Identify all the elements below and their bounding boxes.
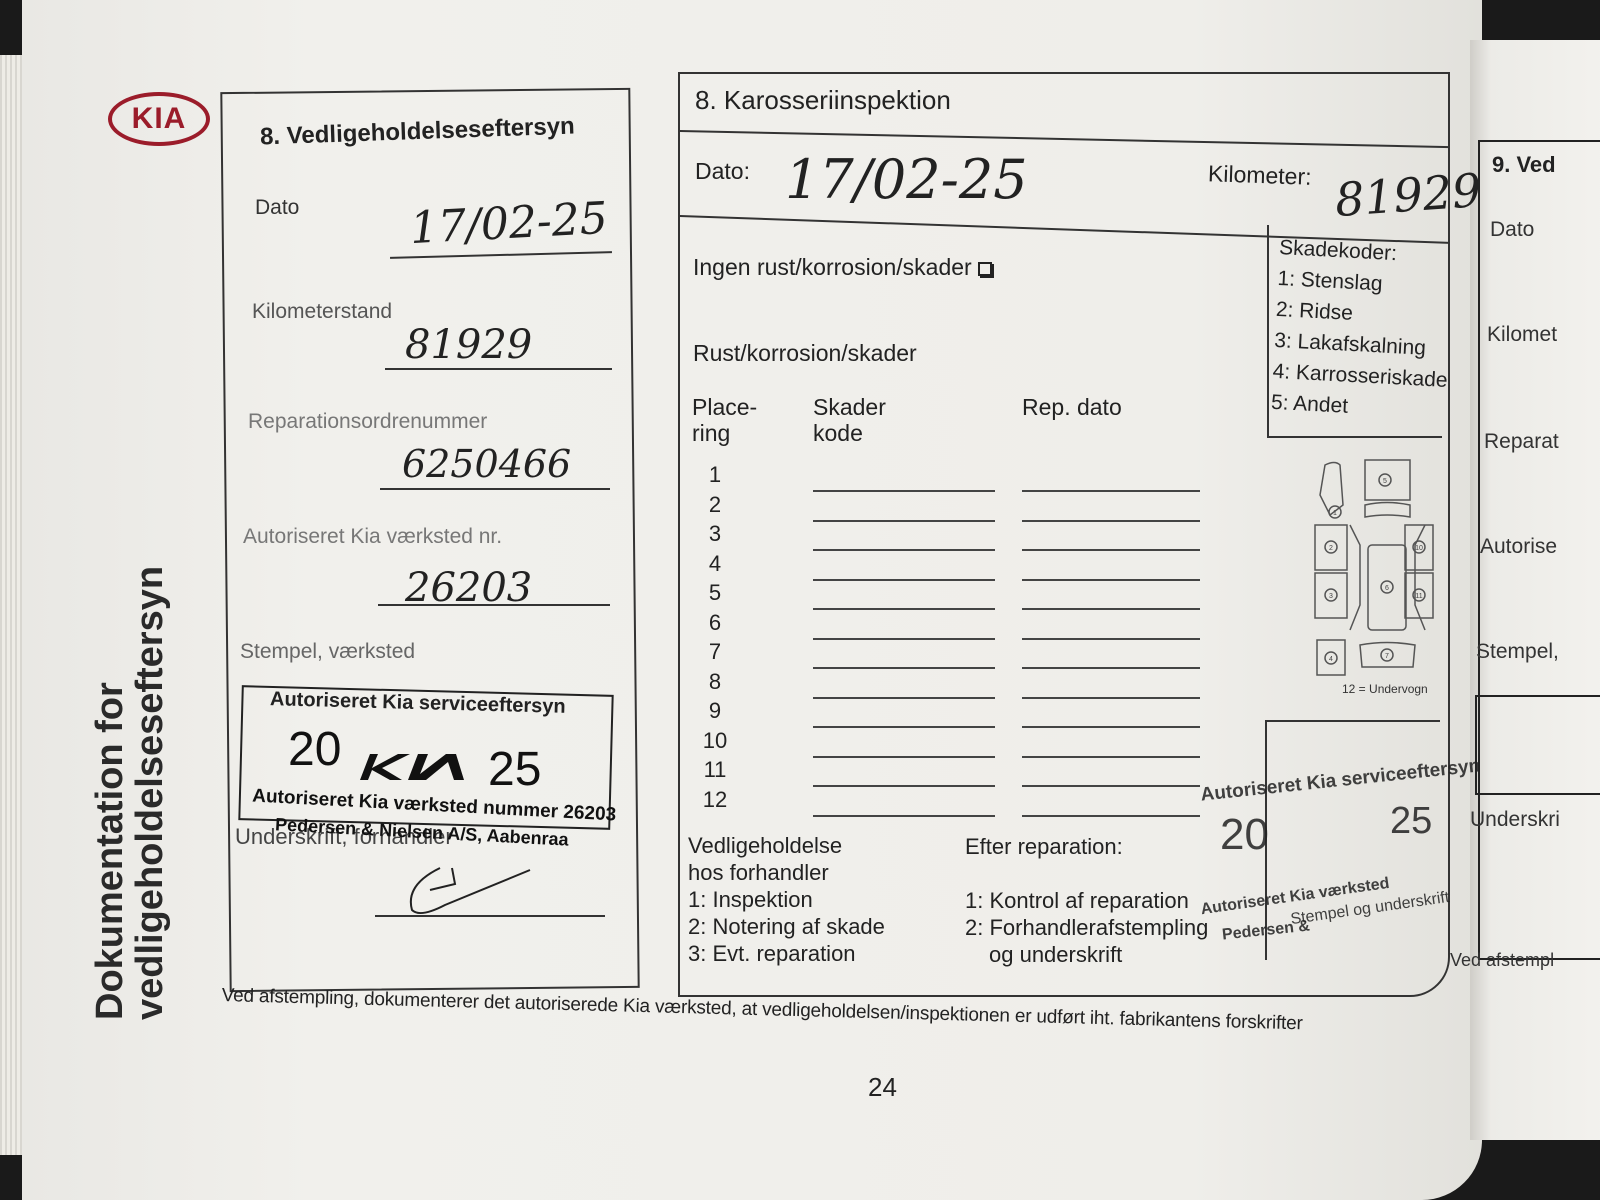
after-repair-title: Efter reparation: — [965, 834, 1123, 860]
repair-date-field[interactable] — [1022, 579, 1200, 581]
col-skader: Skader kode — [813, 394, 886, 446]
page-number: 24 — [868, 1072, 897, 1103]
order-line — [380, 488, 610, 490]
next-page-stamp-box — [1475, 695, 1600, 795]
damage-code-field[interactable] — [813, 549, 995, 551]
repair-date-field[interactable] — [1022, 756, 1200, 758]
no-damage-label: Ingen rust/korrosion/skader — [693, 254, 972, 280]
next-page-title: 9. Ved — [1492, 152, 1556, 178]
no-damage-row[interactable]: Ingen rust/korrosion/skader — [693, 254, 992, 281]
repair-date-field[interactable] — [1022, 726, 1200, 728]
repair-date-field[interactable] — [1022, 638, 1200, 640]
workshop-line — [378, 604, 610, 606]
repair-date-field[interactable] — [1022, 549, 1200, 551]
side-title: Dokumentation for vedligeholdelsesefters… — [90, 566, 170, 1020]
after-repair-line: og underskrift — [965, 941, 1208, 968]
workshop-label: Autoriseret Kia værksted nr. — [243, 525, 502, 549]
repair-date-field[interactable] — [1022, 697, 1200, 699]
km-label: Kilometerstand — [252, 300, 392, 324]
col-placering-l1: Place- — [692, 394, 757, 420]
next-page-footer: Ved afstempl — [1450, 950, 1554, 971]
damage-code-field[interactable] — [813, 608, 995, 610]
next-page-label: Underskri — [1470, 808, 1560, 832]
km-value[interactable]: 81929 — [405, 322, 532, 368]
date-label: Dato — [255, 196, 299, 220]
damage-codes: Skadekoder: 1: Stenslag 2: Ridse 3: Laka… — [1270, 232, 1455, 427]
row-number: 1 — [695, 462, 735, 488]
damage-code-field[interactable] — [813, 520, 995, 522]
codes-divider-h — [1267, 436, 1442, 438]
svg-text:10: 10 — [1415, 545, 1423, 552]
bi-km-label: Kilometer: — [1208, 160, 1312, 191]
overlay-stamp-year-left: 20 — [1220, 810, 1269, 860]
damage-code-field[interactable] — [813, 756, 995, 758]
stamp-year-right: 25 — [488, 742, 541, 797]
col-skader-l2: kode — [813, 420, 886, 446]
damage-code-field[interactable] — [813, 579, 995, 581]
damage-code-field[interactable] — [813, 697, 995, 699]
side-title-line2: vedligeholdelseseftersyn — [130, 566, 170, 1020]
svg-text:2: 2 — [1329, 545, 1333, 552]
signature-scribble-icon — [400, 860, 540, 920]
codes-divider-v — [1267, 225, 1269, 437]
row-number: 6 — [695, 610, 735, 636]
dealer-maint-line: 1: Inspektion — [688, 886, 885, 913]
next-page-label: Kilomet — [1487, 323, 1557, 347]
car-damage-diagram-icon: 512 364 71011 — [1305, 455, 1440, 680]
signature-line — [375, 915, 605, 917]
col-repdato: Rep. dato — [1022, 394, 1122, 421]
svg-text:6: 6 — [1385, 585, 1389, 592]
body-inspection-title: 8. Karosseriinspektion — [695, 85, 951, 116]
damage-code-field[interactable] — [813, 638, 995, 640]
kia-logo: KIA — [108, 92, 210, 146]
row-number: 12 — [695, 787, 735, 813]
no-damage-checkbox[interactable] — [978, 262, 992, 276]
bi-date-value[interactable]: 17/02-25 — [785, 148, 1028, 211]
dealer-maint-line: hos forhandler — [688, 859, 885, 886]
damage-code-field[interactable] — [813, 785, 995, 787]
svg-text:3: 3 — [1329, 593, 1333, 600]
col-skader-l1: Skader — [813, 394, 886, 420]
stamp-year-left: 20 — [288, 722, 341, 777]
row-number: 9 — [695, 698, 735, 724]
kia-stamp-logo-icon — [358, 748, 468, 784]
dealer-maintenance: Vedligeholdelse hos forhandler 1: Inspek… — [688, 832, 885, 967]
col-placering-l2: ring — [692, 420, 757, 446]
order-value[interactable]: 6250466 — [402, 442, 571, 486]
row-number: 3 — [695, 521, 735, 547]
next-page-label: Stempel, — [1476, 640, 1559, 664]
svg-text:11: 11 — [1415, 593, 1422, 600]
dealer-maint-line: Vedligeholdelse — [688, 832, 885, 859]
row-number: 2 — [695, 492, 735, 518]
order-label: Reparationsordrenummer — [248, 410, 487, 434]
overlay-stamp-year-right: 25 — [1390, 800, 1432, 843]
km-line — [385, 368, 612, 370]
next-page-label: Reparat — [1484, 430, 1559, 454]
after-repair-line: 1: Kontrol af reparation — [965, 887, 1208, 914]
after-repair: 1: Kontrol af reparation 2: Forhandleraf… — [965, 887, 1208, 968]
repair-date-field[interactable] — [1022, 490, 1200, 492]
row-number: 4 — [695, 551, 735, 577]
repair-date-field[interactable] — [1022, 815, 1200, 817]
row-number: 10 — [695, 728, 735, 754]
col-placering: Place- ring — [692, 394, 757, 446]
row-number: 8 — [695, 669, 735, 695]
bi-date-label: Dato: — [695, 158, 750, 185]
damage-label: Rust/korrosion/skader — [693, 340, 917, 367]
dealer-maint-line: 2: Notering af skade — [688, 913, 885, 940]
bi-km-value[interactable]: 81929 — [1333, 163, 1483, 227]
diagram-note: 12 = Undervogn — [1342, 682, 1428, 696]
row-number: 5 — [695, 580, 735, 606]
row-number: 7 — [695, 639, 735, 665]
next-page-label: Dato — [1490, 218, 1534, 242]
damage-code-field[interactable] — [813, 667, 995, 669]
svg-text:1: 1 — [1333, 510, 1337, 517]
svg-text:7: 7 — [1385, 653, 1389, 660]
repair-date-field[interactable] — [1022, 520, 1200, 522]
damage-code-field[interactable] — [813, 815, 995, 817]
row-number: 11 — [695, 757, 735, 783]
damage-code-field[interactable] — [813, 490, 995, 492]
svg-text:4: 4 — [1329, 656, 1333, 663]
next-page-label: Autorise — [1480, 535, 1557, 559]
repair-date-field[interactable] — [1022, 785, 1200, 787]
side-title-line1: Dokumentation for — [90, 566, 130, 1020]
date-value[interactable]: 17/02-25 — [409, 193, 609, 254]
stamp-label: Stempel, værksted — [240, 640, 415, 664]
damage-code-field[interactable] — [813, 726, 995, 728]
svg-text:5: 5 — [1383, 478, 1387, 485]
repair-date-field[interactable] — [1022, 608, 1200, 610]
repair-date-field[interactable] — [1022, 667, 1200, 669]
after-repair-line: 2: Forhandlerafstempling — [965, 914, 1208, 941]
dealer-maint-line: 3: Evt. reparation — [688, 940, 885, 967]
